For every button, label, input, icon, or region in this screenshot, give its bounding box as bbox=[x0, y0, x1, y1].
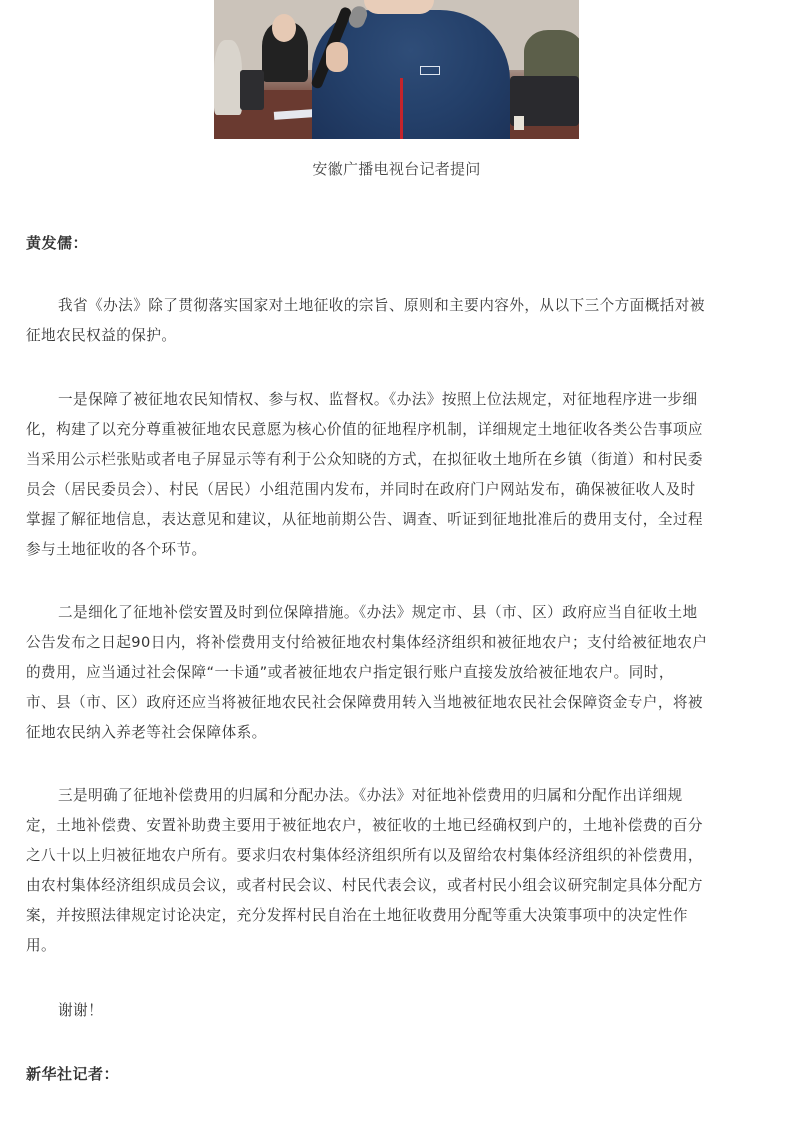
paragraph-line: 参与土地征收的各个环节。 bbox=[26, 540, 768, 560]
paragraph-line: 的费用，应当通过社会保障“一卡通”或者被征地农户指定银行账户直接发放给被征地农户… bbox=[26, 663, 768, 683]
paragraph-line: 定，土地补偿费、安置补助费主要用于被征地农户，被征收的土地已经确权到户的，土地补… bbox=[26, 816, 768, 836]
paragraph-line: 掌握了解征地信息，表达意见和建议，从征地前期公告、调查、听证到征地批准后的费用支… bbox=[26, 510, 768, 530]
paragraph-line: 由农村集体经济组织成员会议，或者村民会议、村民代表会议，或者村民小组会议研究制定… bbox=[26, 876, 768, 896]
paragraph-line: 征地农民权益的保护。 bbox=[26, 326, 768, 346]
speaker-label: 黄发儒： bbox=[26, 233, 88, 253]
paragraph-line: 用。 bbox=[26, 936, 768, 956]
paragraph-line: 当采用公示栏张贴或者电子屏显示等有利于公众知晓的方式，在拟征收土地所在乡镇（街道… bbox=[26, 450, 768, 470]
photo-caption: 安徽广播电视台记者提问 bbox=[0, 159, 793, 179]
paragraph-line: 我省《办法》除了贯彻落实国家对土地征收的宗旨、原则和主要内容外，从以下三个方面概… bbox=[26, 296, 793, 316]
paragraph-line: 员会（居民委员会）、村民（居民）小组范围内发布，并同时在政府门户网站发布，确保被… bbox=[26, 480, 768, 500]
paragraph-line: 市、县（市、区）政府还应当将被征地农民社会保障费用转入当地被征地农民社会保障资金… bbox=[26, 693, 768, 713]
paragraph-line: 一是保障了被征地农民知情权、参与权、监督权。《办法》按照上位法规定，对征地程序进… bbox=[26, 390, 793, 410]
paragraph-line: 案，并按照法律规定讨论决定，充分发挥村民自治在土地征收费用分配等重大决策事项中的… bbox=[26, 906, 768, 926]
photo-cup bbox=[514, 116, 524, 130]
reporter-photo bbox=[214, 0, 579, 139]
photo-reporter-face bbox=[364, 0, 434, 14]
closing-thanks: 谢谢！ bbox=[26, 1001, 793, 1021]
paragraph-line: 化，构建了以充分尊重被征地农民意愿为核心价值的征地程序机制，详细规定土地征收各类… bbox=[26, 420, 768, 440]
photo-chair bbox=[240, 70, 264, 110]
photo-jacket-logo bbox=[420, 66, 440, 75]
paragraph-line: 征地农民纳入养老等社会保障体系。 bbox=[26, 723, 768, 743]
photo-zipper bbox=[400, 78, 403, 139]
speaker-label: 新华社记者： bbox=[26, 1064, 119, 1084]
photo-hand bbox=[326, 42, 348, 72]
photo-bg-person bbox=[214, 40, 242, 115]
paragraph-line: 三是明确了征地补偿费用的归属和分配办法。《办法》对征地补偿费用的归属和分配作出详… bbox=[26, 786, 793, 806]
paragraph-line: 之八十以上归被征地农户所有。要求归农村集体经济组织所有以及留给农村集体经济组织的… bbox=[26, 846, 768, 866]
paragraph-line: 二是细化了征地补偿安置及时到位保障措施。《办法》规定市、县（市、区）政府应当自征… bbox=[26, 603, 793, 623]
paragraph-line: 公告发布之日起90日内，将补偿费用支付给被征地农村集体经济组织和被征地农户；支付… bbox=[26, 633, 768, 653]
photo-bg-person-head bbox=[272, 14, 296, 42]
